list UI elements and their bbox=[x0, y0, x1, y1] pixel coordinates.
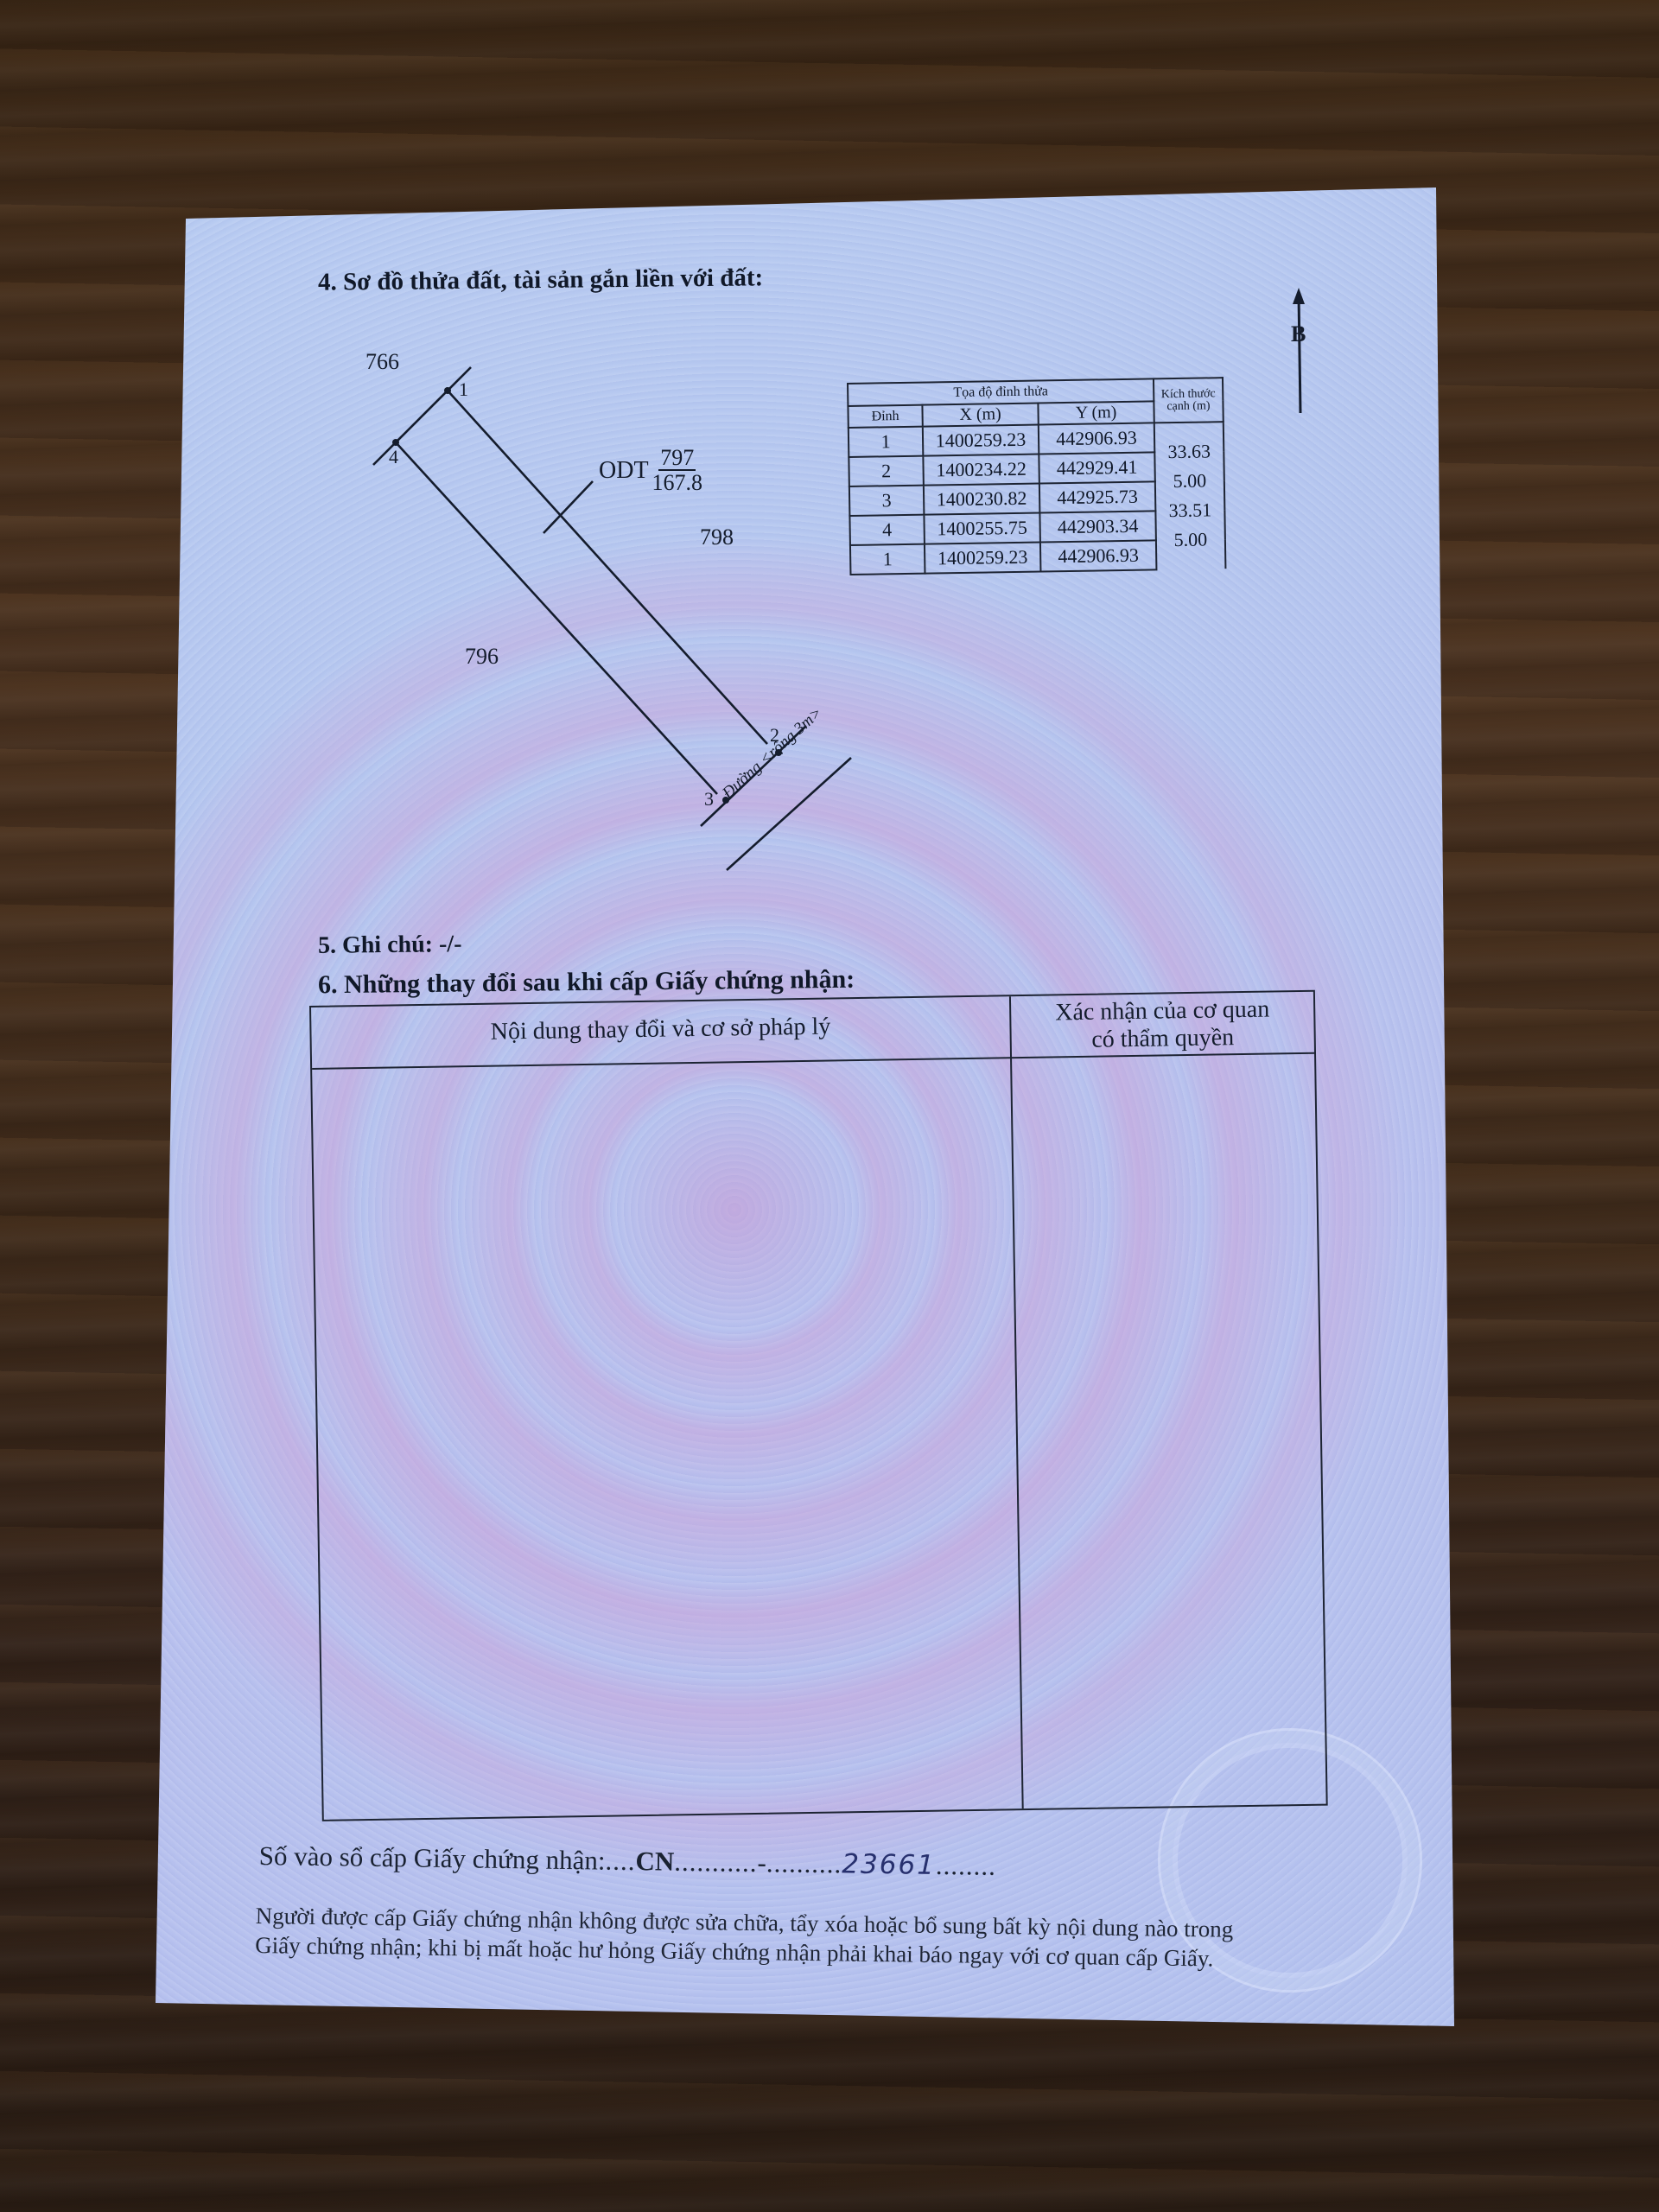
parcel-area: 167.8 bbox=[652, 471, 703, 495]
section-6-heading: 6. Những thay đổi sau khi cấp Giấy chứng… bbox=[318, 965, 855, 1001]
coordinate-table: Tọa độ đỉnh thửa Kích thước cạnh (m) Đỉn… bbox=[847, 377, 1226, 575]
registration-separator: - bbox=[757, 1847, 766, 1878]
registration-label: Số vào sổ cấp Giấy chứng nhận: bbox=[259, 1840, 606, 1876]
header-divider bbox=[312, 1052, 1314, 1070]
side-length-header: Kích thước cạnh (m) bbox=[1154, 378, 1224, 423]
registration-prefix: CN bbox=[635, 1846, 674, 1877]
changes-col-confirmation-header: Xác nhận của cơ quan có thẩm quyền bbox=[1011, 995, 1314, 1055]
side-lengths: 33.63 5.00 33.51 5.00 bbox=[1154, 422, 1226, 569]
col-y: Y (m) bbox=[1038, 401, 1154, 424]
changes-table: Nội dung thay đổi và cơ sở pháp lý Xác n… bbox=[309, 990, 1328, 1821]
section-5-heading: 5. Ghi chú: -/- bbox=[318, 931, 462, 960]
land-type: ODT bbox=[599, 457, 649, 485]
north-arrow-icon bbox=[1293, 288, 1305, 413]
vertex-label: 3 bbox=[704, 788, 714, 810]
vertex-label: 4 bbox=[389, 446, 398, 468]
column-divider bbox=[1009, 996, 1024, 1808]
neighbor-parcel-798: 798 bbox=[700, 524, 734, 550]
parcel-label: ODT 797 167.8 bbox=[599, 447, 702, 495]
neighbor-parcel-796: 796 bbox=[465, 644, 499, 670]
vertex-label: 1 bbox=[459, 378, 468, 401]
north-label: B bbox=[1291, 321, 1306, 347]
table-row: 1 1400259.23 442906.93 33.63 5.00 33.51 … bbox=[849, 422, 1224, 457]
col-vertex: Đỉnh bbox=[848, 405, 922, 428]
col-x: X (m) bbox=[922, 404, 1038, 427]
parcel-number: 797 bbox=[658, 447, 696, 471]
changes-col-content-header: Nội dung thay đổi và cơ sở pháp lý bbox=[311, 1010, 1009, 1049]
registration-number: 23661 bbox=[842, 1848, 936, 1881]
neighbor-parcel-766: 766 bbox=[365, 349, 399, 375]
